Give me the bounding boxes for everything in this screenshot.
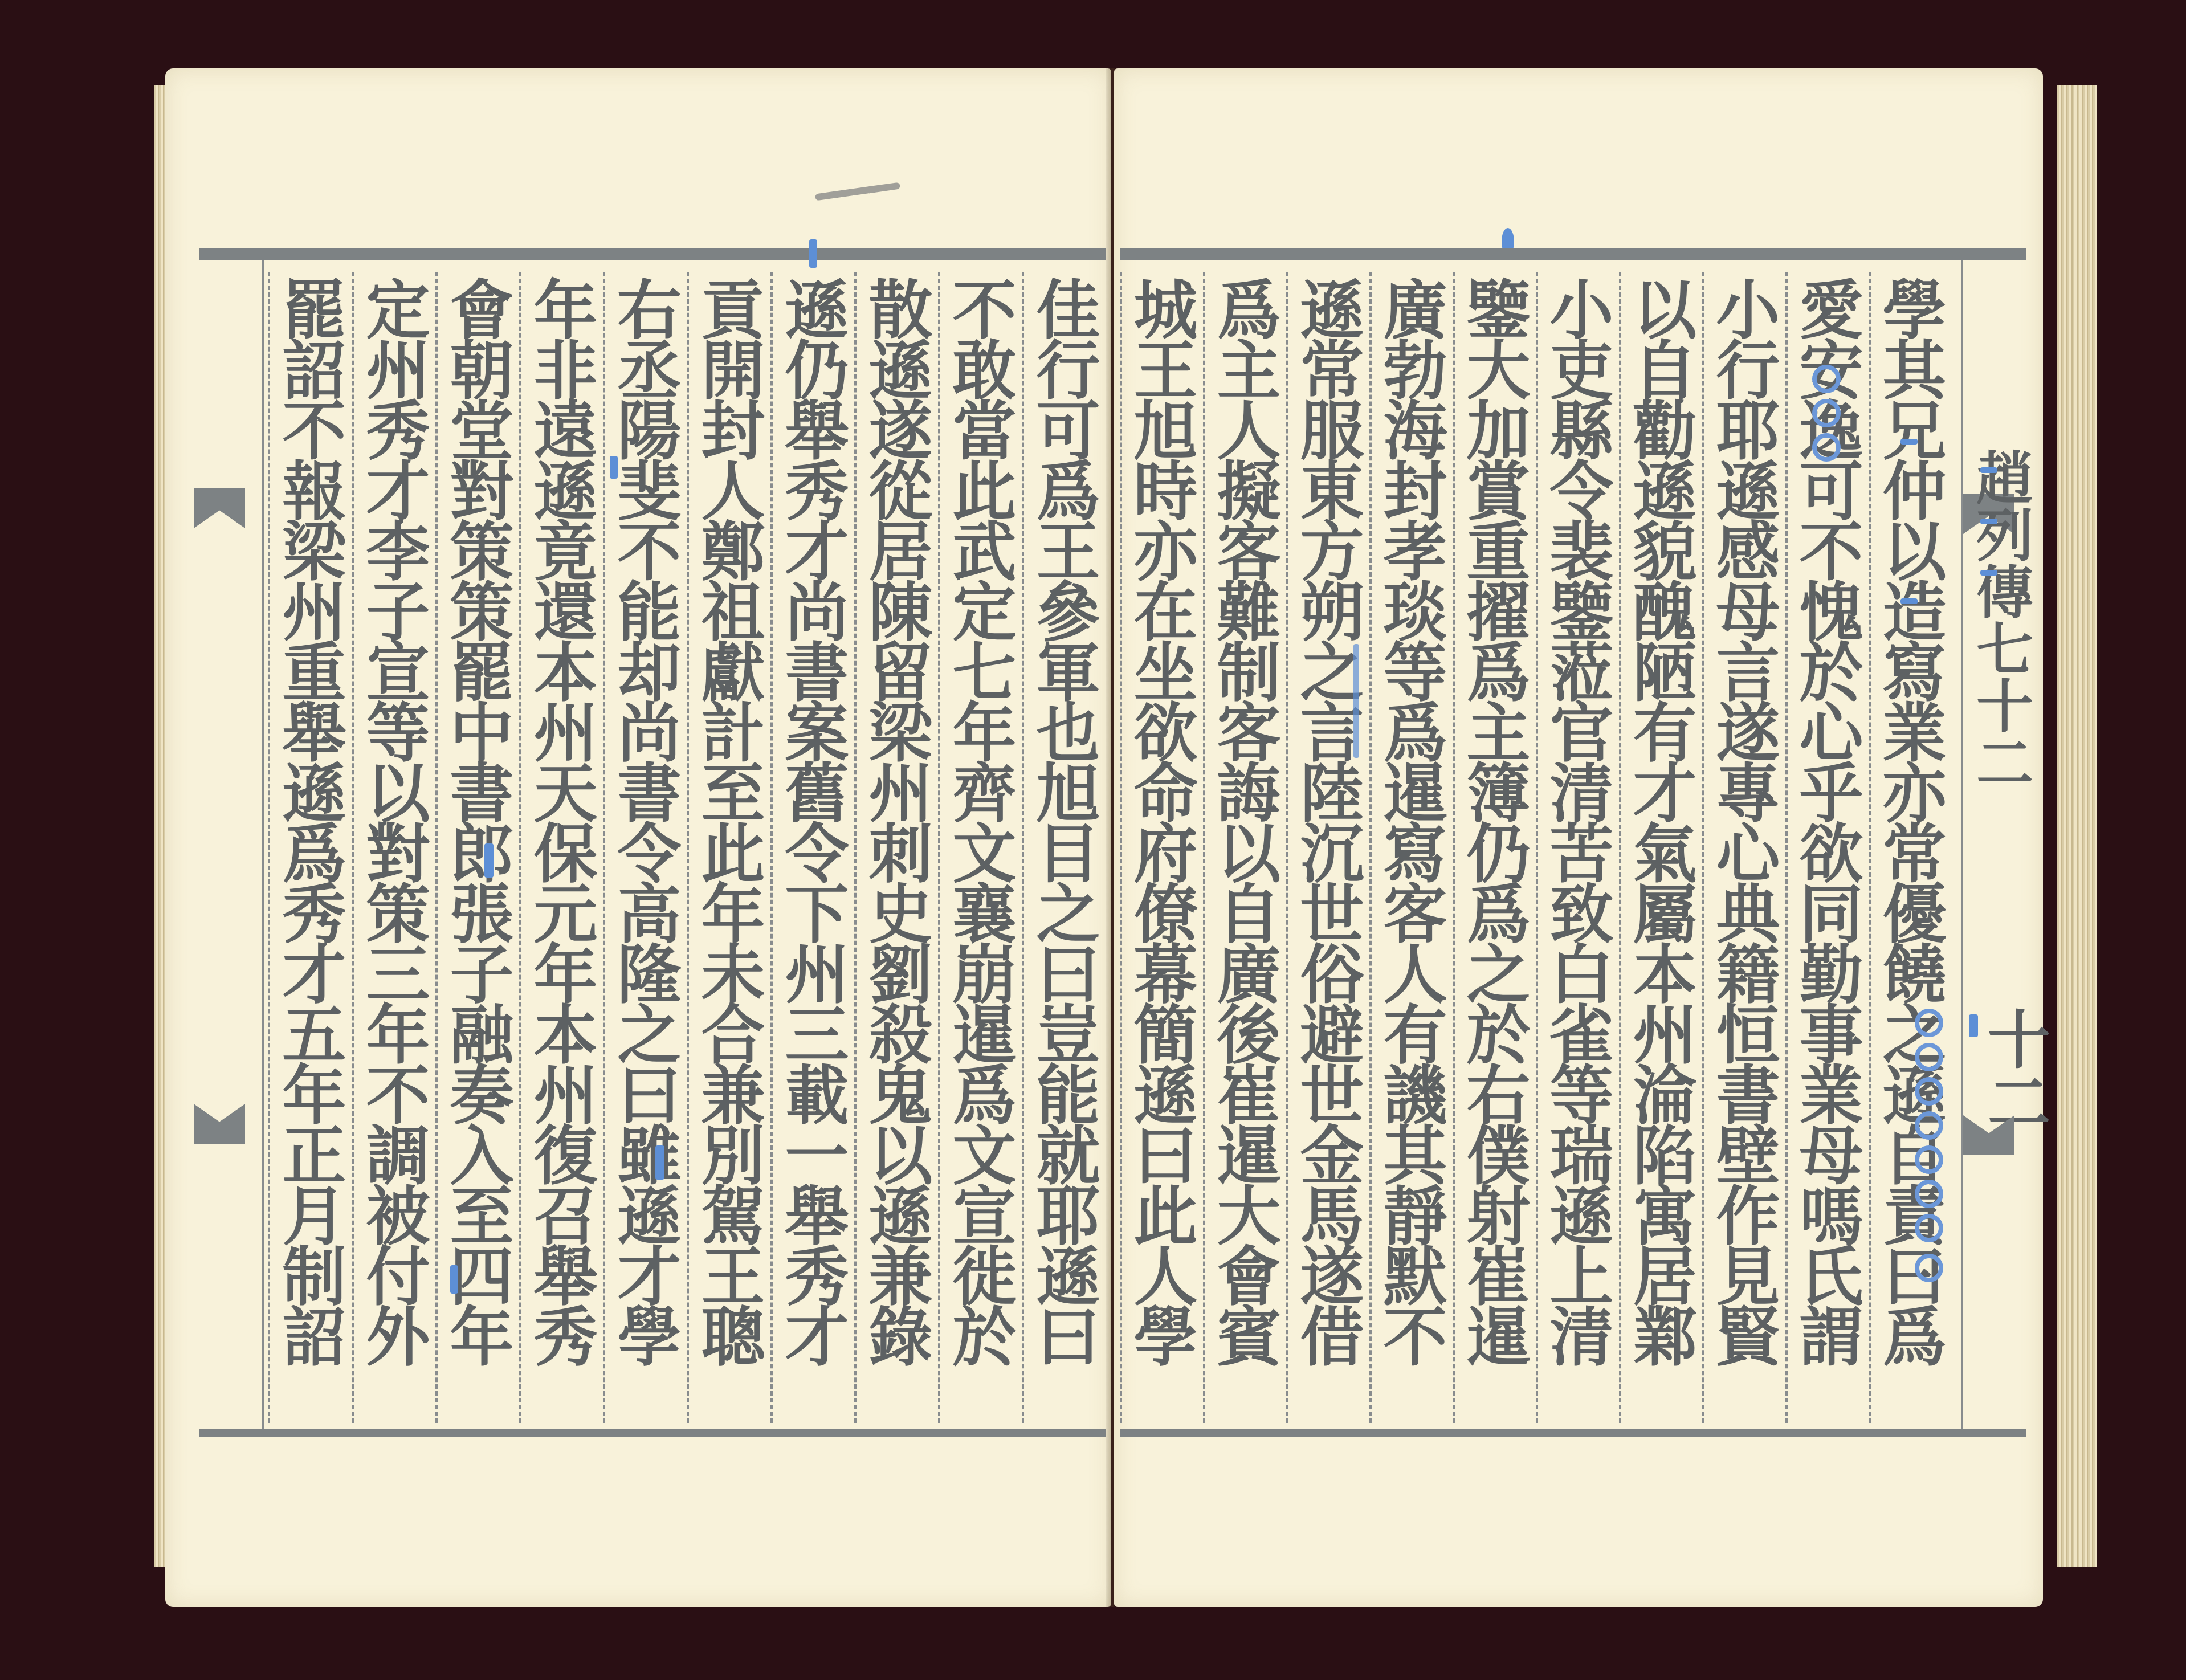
left-page: 佳行可爲王參軍也旭目之曰豈能就耶遜曰家無儋石 不敢當此武定七年齊文襄崩暹爲文宣徙…	[165, 68, 1111, 1607]
left-text-columns: 佳行可爲王參軍也旭目之曰豈能就耶遜曰家無儋石 不敢當此武定七年齊文襄崩暹爲文宣徙…	[268, 272, 1106, 1423]
text-column: 會朝堂對策策罷中書郎張子融奏入至四年五月遜與	[435, 272, 519, 1423]
text-column: 散遜遂從居陳留梁州刺史劉殺鬼以遜兼錄事參軍事	[854, 272, 938, 1423]
blue-annotation-line	[1353, 644, 1359, 758]
circle-annotation-icon	[1915, 1043, 1943, 1071]
text-column: 遜常服東方朔之言陸沉世俗避世金馬遂借陸沉公子	[1286, 272, 1369, 1423]
page-stack-right-edge	[2057, 85, 2097, 1567]
ink-smudge	[815, 182, 900, 201]
text-column: 貢開封人鄭祖獻計至此年未合兼別駕王聰抗辭爭議	[687, 272, 770, 1423]
blue-annotation-mark	[1900, 439, 1918, 445]
circle-annotation-icon	[1915, 1145, 1943, 1174]
right-banxin: 趙列傳七十二 十二	[1961, 260, 2032, 1429]
chapter-title: 趙列傳七十二	[1969, 448, 2032, 790]
blue-annotation-mark	[1980, 519, 1997, 524]
left-page-frame: 佳行可爲王參軍也旭目之曰豈能就耶遜曰家無儋石 不敢當此武定七年齊文襄崩暹爲文宣徙…	[199, 248, 1106, 1437]
circle-annotation-icon	[1915, 1077, 1943, 1106]
text-column: 爲主人擬客難制客誨以自廣後崔暹大會賓客大司馬襄	[1203, 272, 1286, 1423]
right-page: 學其兄仲以造寫業亦常優饒之遜自責曰爲人弟獨 愛安逸可不愧於心乎欲同勤事業母嗎氏謂…	[1114, 68, 2043, 1607]
blue-annotation-mark	[484, 843, 494, 878]
circle-annotation-icon	[1915, 1009, 1943, 1037]
text-column: 右丞陽斐不能却尚書令高隆之曰雖遜才學優異待明	[603, 272, 687, 1423]
blue-annotation-mark	[450, 1265, 458, 1294]
blue-annotation-mark	[1980, 570, 1997, 576]
fish-tail-upper-icon	[194, 488, 245, 528]
blue-annotation-mark	[610, 456, 618, 479]
circle-annotation-icon	[1915, 1180, 1943, 1208]
text-column: 小行耶遜感母言遂專心典籍恒書壁作見賢思齊四字	[1702, 272, 1785, 1423]
circle-annotation-icon	[1915, 1214, 1943, 1242]
text-column: 以自勸遜貌醜陋有才氣屬本州淪陷寓居鄴中爲暉淳	[1619, 272, 1702, 1423]
text-column: 鑒大加賞重擢爲主簿仍爲之於右僕射崔暹與遼東李	[1453, 272, 1536, 1423]
text-column: 不敢當此武定七年齊文襄崩暹爲文宣徙於邊賓客咸	[938, 272, 1022, 1423]
text-column: 遜仍舉秀才尚書案舊令下州三載一舉秀才爲三年已	[770, 272, 854, 1423]
text-column: 罷詔不報梁州重舉遜爲秀才五年正月制詔問焉尚書	[268, 272, 352, 1423]
circle-annotation-icon	[1915, 1254, 1943, 1282]
circle-annotation-icon	[1915, 1111, 1943, 1140]
right-page-frame: 學其兄仲以造寫業亦常優饒之遜自責曰爲人弟獨 愛安逸可不愧於心乎欲同勤事業母嗎氏謂…	[1120, 248, 2026, 1437]
blue-annotation-mark	[655, 1145, 664, 1180]
circle-annotation-icon	[1812, 399, 1841, 427]
fish-tail-lower-icon	[194, 1104, 245, 1144]
blue-annotation-mark	[1980, 467, 1997, 473]
circle-annotation-icon	[1812, 433, 1841, 462]
open-book: 佳行可爲王參軍也旭目之曰豈能就耶遜曰家無儋石 不敢當此武定七年齊文襄崩暹爲文宣徙…	[154, 63, 2091, 1613]
text-column: 城王旭時亦在坐欲命府僚幕簡遜曰此人學富才高兼之	[1120, 272, 1203, 1423]
text-column: 廣勃海封孝琰等爲暹寫客人有譏其靜默不能趨時者	[1369, 272, 1453, 1423]
circle-annotation-icon	[1812, 365, 1841, 393]
text-column: 定州秀才李子宣等以對策三年不調被付外上書請從	[352, 272, 435, 1423]
blue-annotation-mark	[1900, 598, 1918, 604]
blue-annotation-mark	[809, 239, 817, 268]
left-banxin	[194, 260, 264, 1429]
blue-annotation-mark	[1969, 1014, 1978, 1037]
text-column: 年非遠遜竟還本州天保元年本州復召舉秀才三年春	[519, 272, 603, 1423]
text-column: 小吏縣令裴鑒蒞官清苦致白雀等瑞遜上清德頌十首	[1536, 272, 1619, 1423]
leaf-number: 十二	[1969, 1007, 2059, 1132]
text-column: 學其兄仲以造寫業亦常優饒之遜自責曰爲人弟獨	[1869, 272, 1952, 1423]
text-column: 佳行可爲王參軍也旭目之曰豈能就耶遜曰家無儋石	[1022, 272, 1106, 1423]
